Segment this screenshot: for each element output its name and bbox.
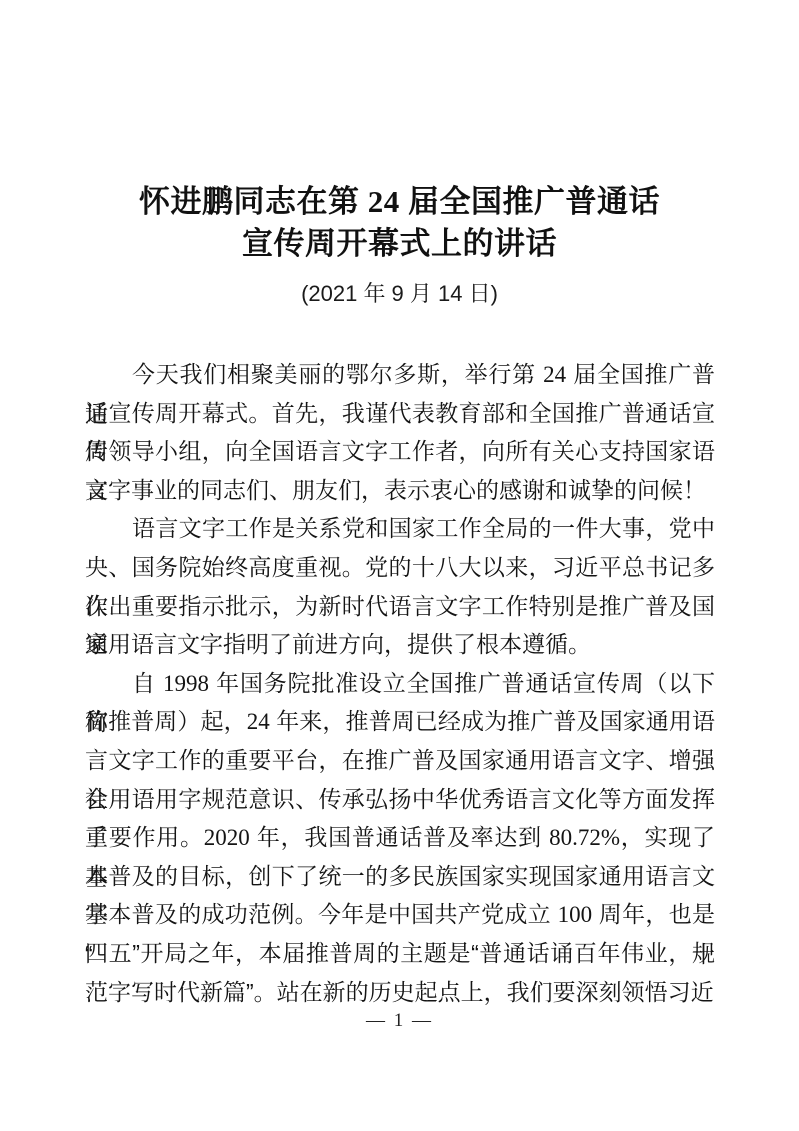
body-line: 周领导小组，向全国语言文字工作者，向所有关心支持国家语言	[85, 432, 715, 471]
document-page: 怀进鹏同志在第 24 届全国推广普通话 宣传周开幕式上的讲话 (2021 年 9…	[0, 0, 799, 1131]
document-body: 今天我们相聚美丽的鄂尔多斯，举行第 24 届全国推广普通话宣传周开幕式。首先，我…	[85, 355, 715, 1011]
serif-number: 80.72%	[549, 825, 620, 850]
serif-number: 2020	[204, 825, 250, 850]
document-title: 怀进鹏同志在第 24 届全国推广普通话 宣传周开幕式上的讲话	[75, 181, 724, 265]
title-line-2: 宣传周开幕式上的讲话	[75, 223, 724, 265]
body-line: 重要作用。2020 年，我国普通话普及率达到 80.72%，实现了基	[85, 818, 715, 857]
body-line: 今天我们相聚美丽的鄂尔多斯，举行第 24 届全国推广普通	[85, 355, 715, 394]
body-line: 本普及的目标，创下了统一的多民族国家实现国家通用语言文字	[85, 857, 715, 896]
body-line: 基本普及的成功范例。今年是中国共产党成立 100 周年，也是“十	[85, 895, 715, 934]
page-number: — 1 —	[0, 1010, 799, 1032]
title-line-1: 怀进鹏同志在第 24 届全国推广普通话	[75, 181, 724, 223]
body-line: 会用语用字规范意识、传承弘扬中华优秀语言文化等方面发挥了	[85, 780, 715, 819]
body-line: 通用语言文字指明了前进方向，提供了根本遵循。	[85, 625, 715, 664]
body-line: 四五”开局之年，本届推普周的主题是“普通话诵百年伟业，规	[85, 934, 715, 973]
body-line: 言文字工作的重要平台，在推广普及国家通用语言文字、增强社	[85, 741, 715, 780]
document-date: (2021 年 9 月 14 日)	[0, 279, 799, 309]
body-line: 范字写时代新篇”。站在新的历史起点上，我们要深刻领悟习近	[85, 973, 715, 1012]
body-line: 作出重要指示批示，为新时代语言文字工作特别是推广普及国家	[85, 587, 715, 626]
body-line: 称推普周）起，24 年来，推普周已经成为推广普及国家通用语	[85, 702, 715, 741]
serif-number: 100	[558, 902, 593, 927]
serif-number: 24	[247, 709, 270, 734]
body-line: 自 1998 年国务院批准设立全国推广普通话宣传周（以下简	[85, 664, 715, 703]
body-line: 话宣传周开幕式。首先，我谨代表教育部和全国推广普通话宣传	[85, 394, 715, 433]
serif-number: 1998	[163, 671, 209, 696]
body-line: 文字事业的同志们、朋友们，表示衷心的感谢和诚挚的问候！	[85, 471, 715, 510]
body-line: 语言文字工作是关系党和国家工作全局的一件大事，党中	[85, 509, 715, 548]
body-line: 央、国务院始终高度重视。党的十八大以来，习近平总书记多次	[85, 548, 715, 587]
serif-number: 24	[543, 362, 566, 387]
